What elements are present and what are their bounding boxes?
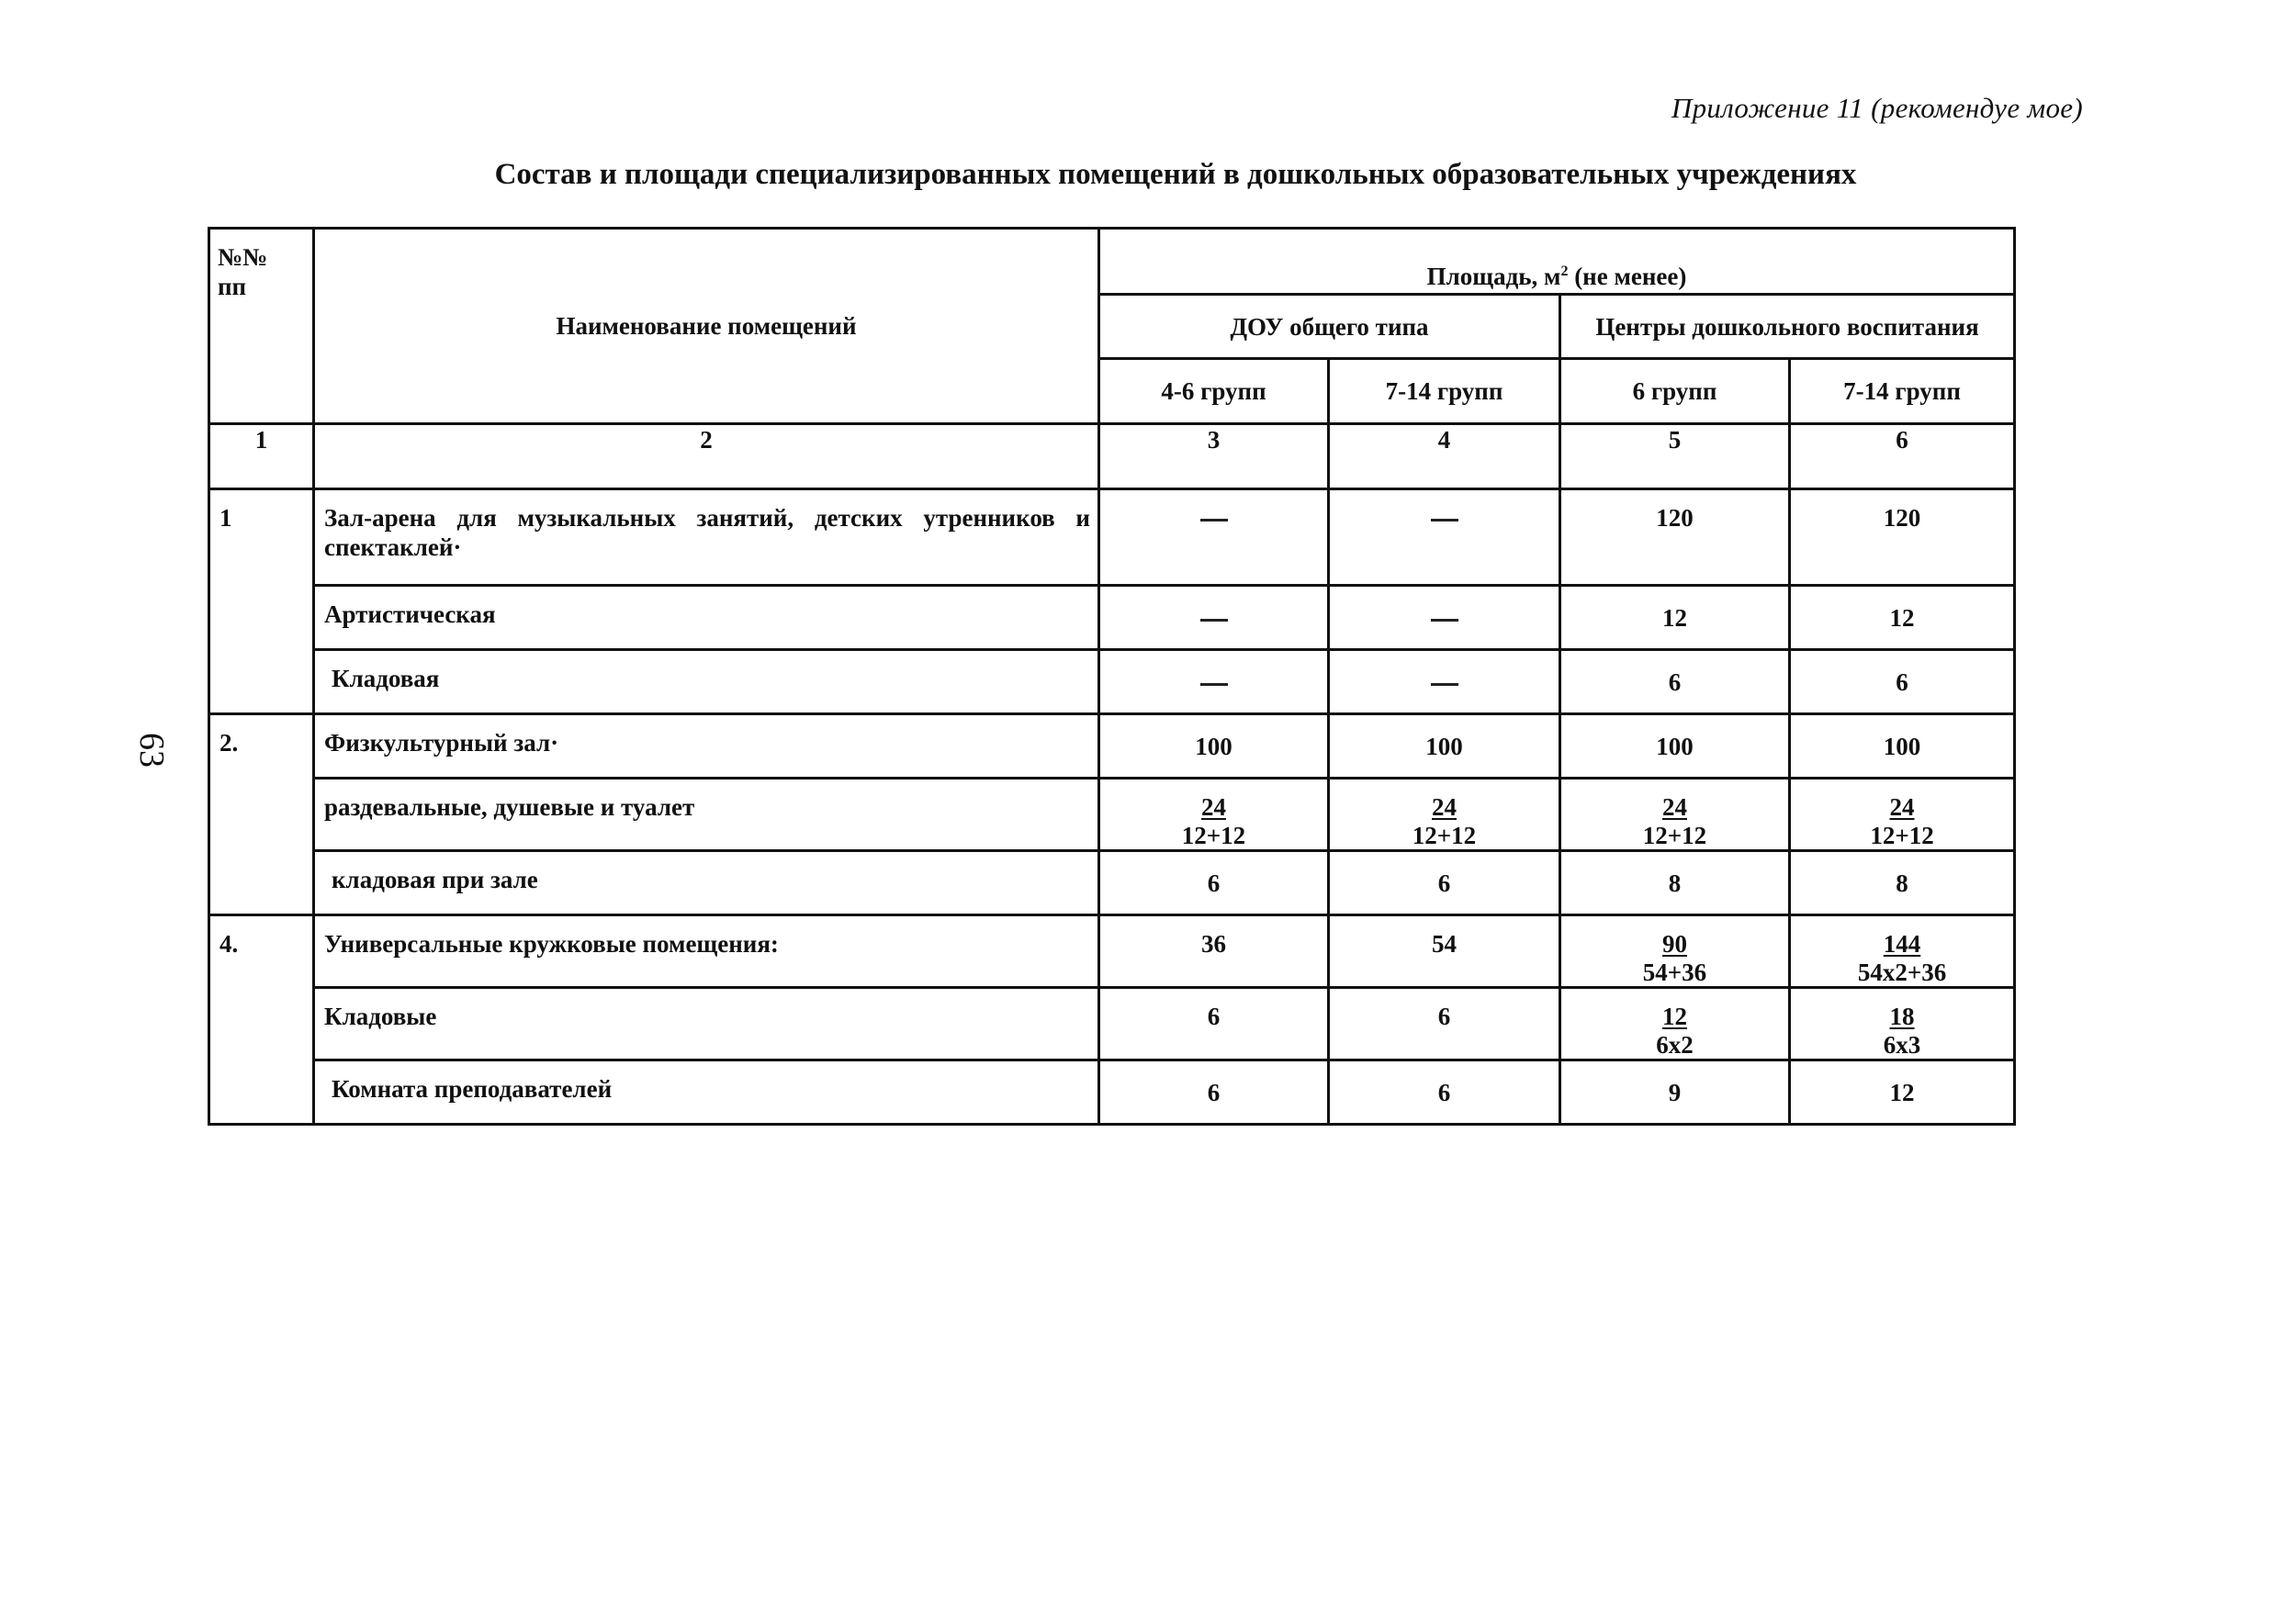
area-number: 100 (1425, 733, 1463, 760)
header-number-line1: №№ (218, 243, 267, 271)
document-title: Состав и площади специализированных поме… (0, 158, 2296, 192)
area-value: 9 (1560, 1060, 1790, 1125)
area-value: 6 (1329, 988, 1560, 1060)
area-number: 12 (1890, 1079, 1915, 1106)
section-number: 2. (209, 714, 314, 915)
column-index-row: 1 2 3 4 5 6 (209, 424, 2015, 489)
area-value (1099, 586, 1329, 650)
area-total: 24 (1662, 793, 1687, 821)
table-row: Кладовые66126x2186x3 (209, 988, 2015, 1060)
area-value: 6 (1560, 650, 1790, 714)
area-value: 100 (1329, 714, 1560, 779)
area-value: 12 (1790, 1060, 2015, 1125)
area-number: 9 (1669, 1079, 1682, 1106)
area-number: 6 (1438, 869, 1451, 897)
area-value: 6 (1329, 1060, 1560, 1125)
area-value: 9054+36 (1560, 915, 1790, 988)
area-number: 100 (1195, 733, 1232, 760)
area-number: 12 (1890, 604, 1915, 632)
area-value (1329, 650, 1560, 714)
column-index: 3 (1099, 424, 1329, 489)
dash-mark (1431, 619, 1458, 622)
room-name: Зал-арена для музыкальных занятий, детск… (314, 489, 1099, 586)
area-breakdown: 6x3 (1791, 1031, 2013, 1059)
room-name: Универсальные кружковые помещения: (314, 915, 1099, 988)
table-row: 1Зал-арена для музыкальных занятий, детс… (209, 489, 2015, 586)
area-value: 100 (1560, 714, 1790, 779)
area-value: 8 (1560, 851, 1790, 915)
header-area: Площадь, м2 (не менее) (1099, 229, 2015, 295)
table-row: раздевальные, душевые и туалет2412+12241… (209, 779, 2015, 851)
room-name: Кладовая (314, 650, 1099, 714)
area-number: 6 (1208, 1079, 1221, 1106)
area-number: 100 (1884, 733, 1921, 760)
area-value: 2412+12 (1560, 779, 1790, 851)
header-area-label: Площадь, м (1427, 263, 1561, 290)
column-index: 5 (1560, 424, 1790, 489)
area-breakdown: 12+12 (1561, 822, 1788, 849)
rooms-area-table: №№ пп Наименование помещений Площадь, м2… (208, 227, 2016, 1126)
area-number: 120 (1656, 504, 1694, 532)
area-number: 54 (1432, 930, 1457, 958)
area-number: 6 (1208, 869, 1221, 897)
area-value: 6 (1099, 988, 1329, 1060)
column-index: 6 (1790, 424, 2015, 489)
area-breakdown: 12+12 (1100, 822, 1327, 849)
header-subgroup: 7-14 групп (1790, 359, 2015, 424)
area-value: 120 (1790, 489, 2015, 586)
area-value: 120 (1560, 489, 1790, 586)
table-row: Артистическая1212 (209, 586, 2015, 650)
area-total: 24 (1890, 793, 1915, 821)
area-value: 6 (1790, 650, 2015, 714)
area-number: 6 (1438, 1079, 1451, 1106)
header-area-suffix: (не менее) (1568, 263, 1686, 290)
area-total: 24 (1201, 793, 1226, 821)
section-number: 1 (209, 489, 314, 714)
area-value: 12 (1790, 586, 2015, 650)
dash-mark (1431, 683, 1458, 686)
header-group-general: ДОУ общего типа (1099, 295, 1560, 359)
area-value: 6 (1099, 851, 1329, 915)
area-number: 6 (1896, 668, 1908, 696)
area-value: 6 (1329, 851, 1560, 915)
area-value: 186x3 (1790, 988, 2015, 1060)
area-value: 14454x2+36 (1790, 915, 2015, 988)
header-number-line2: пп (218, 273, 246, 300)
area-value: 36 (1099, 915, 1329, 988)
header-number: №№ пп (209, 229, 314, 424)
appendix-note: Приложение 11 (рекомендуе мое) (1671, 92, 2083, 125)
room-name: раздевальные, душевые и туалет (314, 779, 1099, 851)
area-number: 120 (1884, 504, 1921, 532)
section-number: 4. (209, 915, 314, 1125)
area-total: 18 (1890, 1003, 1915, 1030)
column-index: 2 (314, 424, 1099, 489)
column-index: 1 (209, 424, 314, 489)
header-subgroup: 7-14 групп (1329, 359, 1560, 424)
header-group-centers: Центры дошкольного воспитания (1560, 295, 2015, 359)
table-row: 4.Универсальные кружковые помещения:3654… (209, 915, 2015, 988)
area-value: 6 (1099, 1060, 1329, 1125)
area-value (1329, 489, 1560, 586)
area-number: 6 (1669, 668, 1682, 696)
header-room-name: Наименование помещений (314, 229, 1099, 424)
room-name: Артистическая (314, 586, 1099, 650)
dash-mark (1200, 619, 1228, 622)
area-value: 2412+12 (1329, 779, 1560, 851)
page-number: 63 (131, 733, 172, 768)
area-total: 90 (1662, 930, 1687, 958)
area-number: 8 (1896, 869, 1908, 897)
header-subgroup: 4-6 групп (1099, 359, 1329, 424)
room-name: кладовая при зале (314, 851, 1099, 915)
table-row: 2.Физкультурный зал·100100100100 (209, 714, 2015, 779)
area-breakdown: 12+12 (1330, 822, 1559, 849)
room-name: Кладовые (314, 988, 1099, 1060)
area-number: 12 (1662, 604, 1687, 632)
table-body: 1Зал-арена для музыкальных занятий, детс… (209, 489, 2015, 1125)
area-value: 2412+12 (1790, 779, 2015, 851)
area-breakdown: 6x2 (1561, 1031, 1788, 1059)
area-value: 54 (1329, 915, 1560, 988)
column-index: 4 (1329, 424, 1560, 489)
area-value (1099, 650, 1329, 714)
header-subgroup: 6 групп (1560, 359, 1790, 424)
dash-mark (1200, 683, 1228, 686)
dash-mark (1431, 519, 1458, 522)
area-value: 2412+12 (1099, 779, 1329, 851)
dash-mark (1200, 519, 1228, 522)
area-value: 8 (1790, 851, 2015, 915)
table-row: Комната преподавателей66912 (209, 1060, 2015, 1125)
area-number: 6 (1438, 1003, 1451, 1030)
area-total: 144 (1884, 930, 1921, 958)
area-value: 12 (1560, 586, 1790, 650)
area-number: 8 (1669, 869, 1682, 897)
area-total: 12 (1662, 1003, 1687, 1030)
area-value (1099, 489, 1329, 586)
area-total: 24 (1432, 793, 1457, 821)
room-name: Физкультурный зал· (314, 714, 1099, 779)
area-value: 100 (1790, 714, 2015, 779)
area-number: 36 (1201, 930, 1226, 958)
area-value: 126x2 (1560, 988, 1790, 1060)
room-name: Комната преподавателей (314, 1060, 1099, 1125)
area-breakdown: 54+36 (1561, 959, 1788, 986)
area-value (1329, 586, 1560, 650)
table-row: кладовая при зале6688 (209, 851, 2015, 915)
area-breakdown: 54x2+36 (1791, 959, 2013, 986)
area-number: 100 (1656, 733, 1694, 760)
area-value: 100 (1099, 714, 1329, 779)
area-number: 6 (1208, 1003, 1221, 1030)
table-row: Кладовая66 (209, 650, 2015, 714)
area-breakdown: 12+12 (1791, 822, 2013, 849)
